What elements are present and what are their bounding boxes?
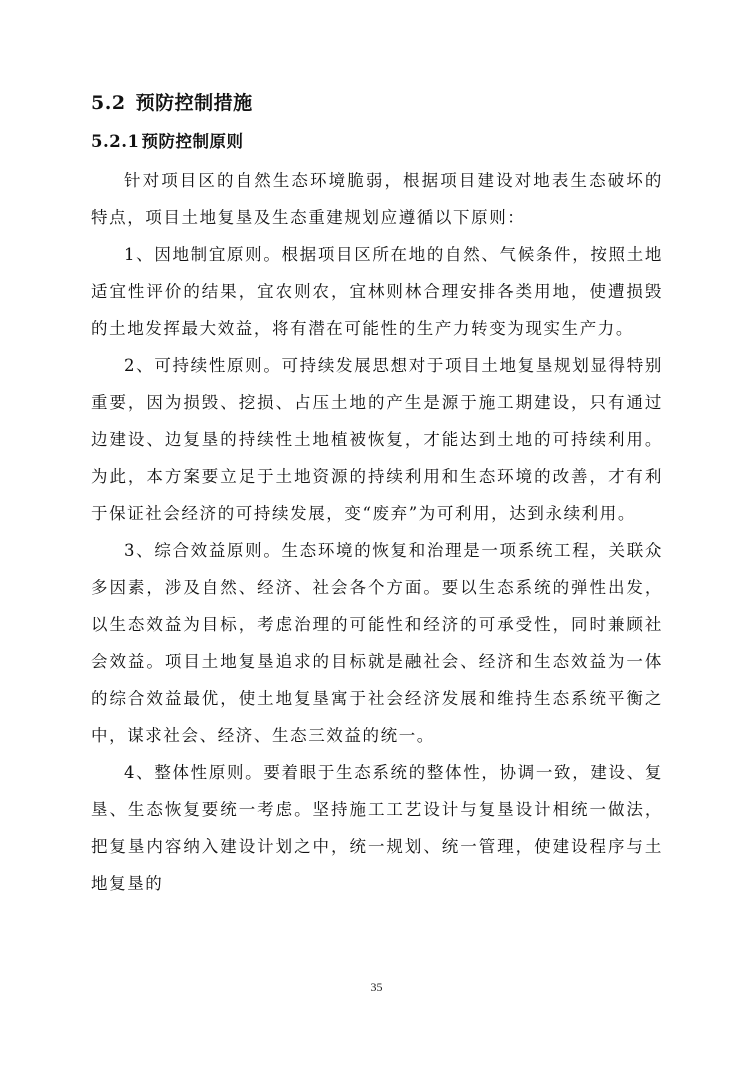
subsection-number: 5.2.1 — [91, 132, 139, 151]
paragraph-intro: 针对项目区的自然生态环境脆弱，根据项目建设对地表生态破坏的特点，项目土地复垦及生… — [91, 162, 663, 236]
paragraph-principle-2: 2、可持续性原则。可持续发展思想对于项目土地复垦规划显得特别重要，因为损毁、挖损… — [91, 347, 663, 532]
section-number: 5.2 — [91, 92, 126, 114]
section-title: 预防控制措施 — [136, 92, 253, 114]
subsection-title: 预防控制原则 — [141, 132, 243, 151]
paragraph-principle-1: 1、因地制宜原则。根据项目区所在地的自然、气候条件，按照土地适宜性评价的结果，宜… — [91, 236, 663, 347]
document-page: 5.2预防控制措施 5.2.1预防控制原则 针对项目区的自然生态环境脆弱，根据项… — [0, 0, 753, 1066]
page-content: 5.2预防控制措施 5.2.1预防控制原则 针对项目区的自然生态环境脆弱，根据项… — [91, 88, 663, 902]
paragraph-principle-4: 4、整体性原则。要着眼于生态系统的整体性，协调一致，建设、复垦、生态恢复要统一考… — [91, 754, 663, 902]
paragraph-principle-3: 3、综合效益原则。生态环境的恢复和治理是一项系统工程，关联众多因素，涉及自然、经… — [91, 532, 663, 754]
page-number: 35 — [0, 980, 753, 995]
section-heading: 5.2预防控制措施 — [91, 88, 663, 118]
subsection-heading: 5.2.1预防控制原则 — [91, 128, 663, 156]
